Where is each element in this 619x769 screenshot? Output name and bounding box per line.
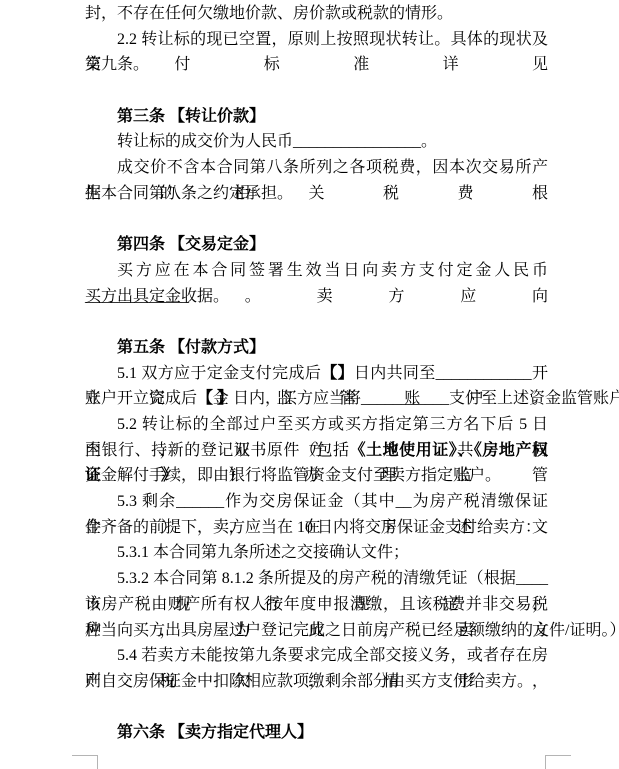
section-heading: 第五条 【付款方式】 <box>85 335 548 361</box>
document-line: 5.2 转让标的全部过户至买方或买方指定第三方名下后 5 日内，双方应共同 <box>85 412 548 438</box>
document-line: 5.4 若卖方未能按第九条要求完成全部交接义务，或者存在房产税欠缴情形， <box>85 643 548 669</box>
text-segment: 5.1 双方应于定金支付完成后 <box>117 365 321 382</box>
section-heading: 第六条 【卖方指定代理人】 <box>85 720 548 746</box>
blank-line <box>85 78 548 104</box>
document-line: 账户开立完成后【 】日内，买方应当将___________支付至上述资金监管账户… <box>85 386 548 412</box>
document-line: 成交价不含本合同第八条所列之各项税费，因本次交易所产生的相关税费根 <box>85 155 548 181</box>
blank-line <box>85 309 548 335</box>
document-line: 应当向买方出具房屋过户登记完成之日前房产税已经足额缴纳的文件/证明。） <box>85 618 548 644</box>
document-line: 5.1 双方应于定金支付完成后【】日内共同至____________开立资金监管… <box>85 361 548 387</box>
blank-line <box>85 207 548 233</box>
document-line: 5.3 剩余______作为交房保证金（其中__为房产税清缴保证金），在下述文 <box>85 489 548 515</box>
document-line: 买方应在本合同签署生效当日向卖方支付定金人民币_____________。卖方应… <box>85 258 548 284</box>
text-segment: 至银行、持新的登记证书原件（包括 <box>85 442 350 459</box>
text-segment: 日内，买方应当将___________支付至上述资金监管账户。 <box>233 390 619 407</box>
bold-text-segment: 【】 <box>321 365 354 382</box>
document-line: 封，不存在任何欠缴地价款、房价款或税款的情形。 <box>85 1 548 27</box>
document-line: 5.3.1 本合同第九条所述之交接确认文件； <box>85 540 548 566</box>
document-line: 资金解付手续，即由银行将监管资金支付至卖方指定账户。 <box>85 463 548 489</box>
document-page: 封，不存在任何欠缴地价款、房价款或税款的情形。2.2 转让标的现已空置，原则上按… <box>0 0 619 769</box>
document-line: 至银行、持新的登记证书原件（包括《土地使用证》、《房地产权证》）办理监管 <box>85 438 548 464</box>
section-heading: 第四条 【交易定金】 <box>85 232 548 258</box>
document-line: 转让标的成交价为人民币________________。 <box>85 129 548 155</box>
document-line: 该房产税由财产所有权人按年度申报清缴，且该税费并非交易税种，为此，卖方 <box>85 592 548 618</box>
text-segment: 账户开立完成后 <box>85 390 197 407</box>
section-heading: 第三条 【转让价款】 <box>85 104 548 130</box>
document-text-area: 封，不存在任何欠缴地价款、房价款或税款的情形。2.2 转让标的现已空置，原则上按… <box>85 1 548 746</box>
document-line: 件齐备的前提下，卖方应当在 10 日内将交房保证金支付给卖方： <box>85 515 548 541</box>
page-margin-mark-right-icon <box>545 755 571 769</box>
bold-text-segment: 【 】 <box>197 390 233 407</box>
blank-line <box>85 695 548 721</box>
document-line: 2.2 转让标的现已空置，原则上按照现状转让。具体的现状及交付标准详见 <box>85 27 548 53</box>
page-margin-mark-left-icon <box>72 755 98 769</box>
document-line: 5.3.2 本合同第 8.1.2 条所提及的房产税的清缴凭证（根据____市现行… <box>85 566 548 592</box>
document-line: 则自交房保证金中扣除相应款项，剩余部分由买方支付给卖方。 <box>85 669 548 695</box>
